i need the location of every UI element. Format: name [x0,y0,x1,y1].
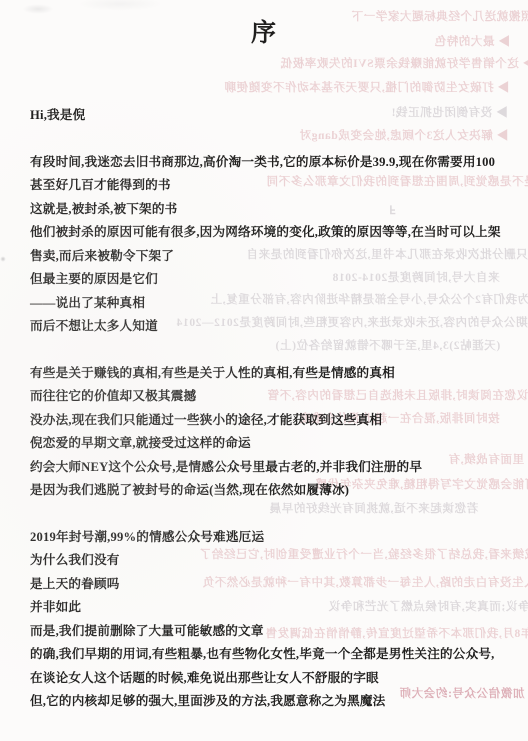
preface-title: 序 [0,13,528,49]
body-line: 而后不想让太多人知道 [30,315,500,338]
body-line: 但,它的内核却足够的强大,里面涉及的方法,我愿意称之为黑魔法 [30,690,500,713]
body-line: 的确,我们早期的用词,有些粗暴,也有些物化女性,毕竟一个全都是男性关注的公众号, [30,643,500,666]
body-line: 售卖,而后来被勒令下架了 [30,245,500,268]
body-line: 但最主要的原因是它们 [30,268,500,291]
body-line: 他们被封杀的原因可能有很多,因为网络环境的变化,政策的原因等等,在当时可以上架 [30,221,500,244]
body-line: 为什么我们没有 [30,549,500,572]
body-line: ——说出了某种真相 [30,292,500,315]
body-line: Hi,我是倪 [30,104,500,127]
scanned-book-page: 照搬就送几个经典标题大家学一下▶ 最大的特色▶ 这个销售学好就能赚钱余票SVI的… [0,0,528,741]
body-blank-line [30,502,500,525]
body-blank-line [30,127,500,150]
body-line: 倪恋爱的早期文章,就接受过这样的命运 [30,432,500,455]
body-line: 2019年封号潮,99%的情感公众号难逃厄运 [30,526,500,549]
body-line: 在谈论女人这个话题的时候,难免说出那些让女人不舒服的字眼 [30,667,500,690]
bleed-through-line: ▶ 打破女生防御的门槛,只要天乔基本动作不变随便聊 [224,82,509,95]
body-line: 有段时间,我迷恋去旧书商那边,高价淘一类书,它的原本标价是39.9,现在你需要用… [30,151,500,174]
body-line: 有些是关于赚钱的真相,有些是关于人性的真相,有些是情感的真相 [30,362,500,385]
body-line: 并非如此 [30,596,500,619]
body-line: 而往往它的价值却又极其震撼 [30,385,500,408]
body-line: 没办法,现在我们只能通过一些狭小的途径,才能获取到这些真相 [30,409,500,432]
bleed-through-line: ▶ 这个销售学好就能赚钱余票SVI的失败率极低 [280,58,528,71]
body-text: Hi,我是倪 有段时间,我迷恋去旧书商那边,高价淘一类书,它的原本标价是39.9… [30,104,500,713]
body-line: 这就是,被封杀,被下架的书 [30,198,500,221]
body-line: 是上天的眷顾吗 [30,573,500,596]
body-line: 甚至好几百才能得到的书 [30,174,500,197]
body-blank-line [30,338,500,361]
body-line: 约会大师NEY这个公众号,是情感公众号里最古老的,并非我们注册的早 [30,456,500,479]
body-line: 而是,我们提前删除了大量可能敏感的文章 [30,620,500,643]
body-line: 是因为我们逃脱了被封号的命运(当然,现在依然如履薄冰) [30,479,500,502]
